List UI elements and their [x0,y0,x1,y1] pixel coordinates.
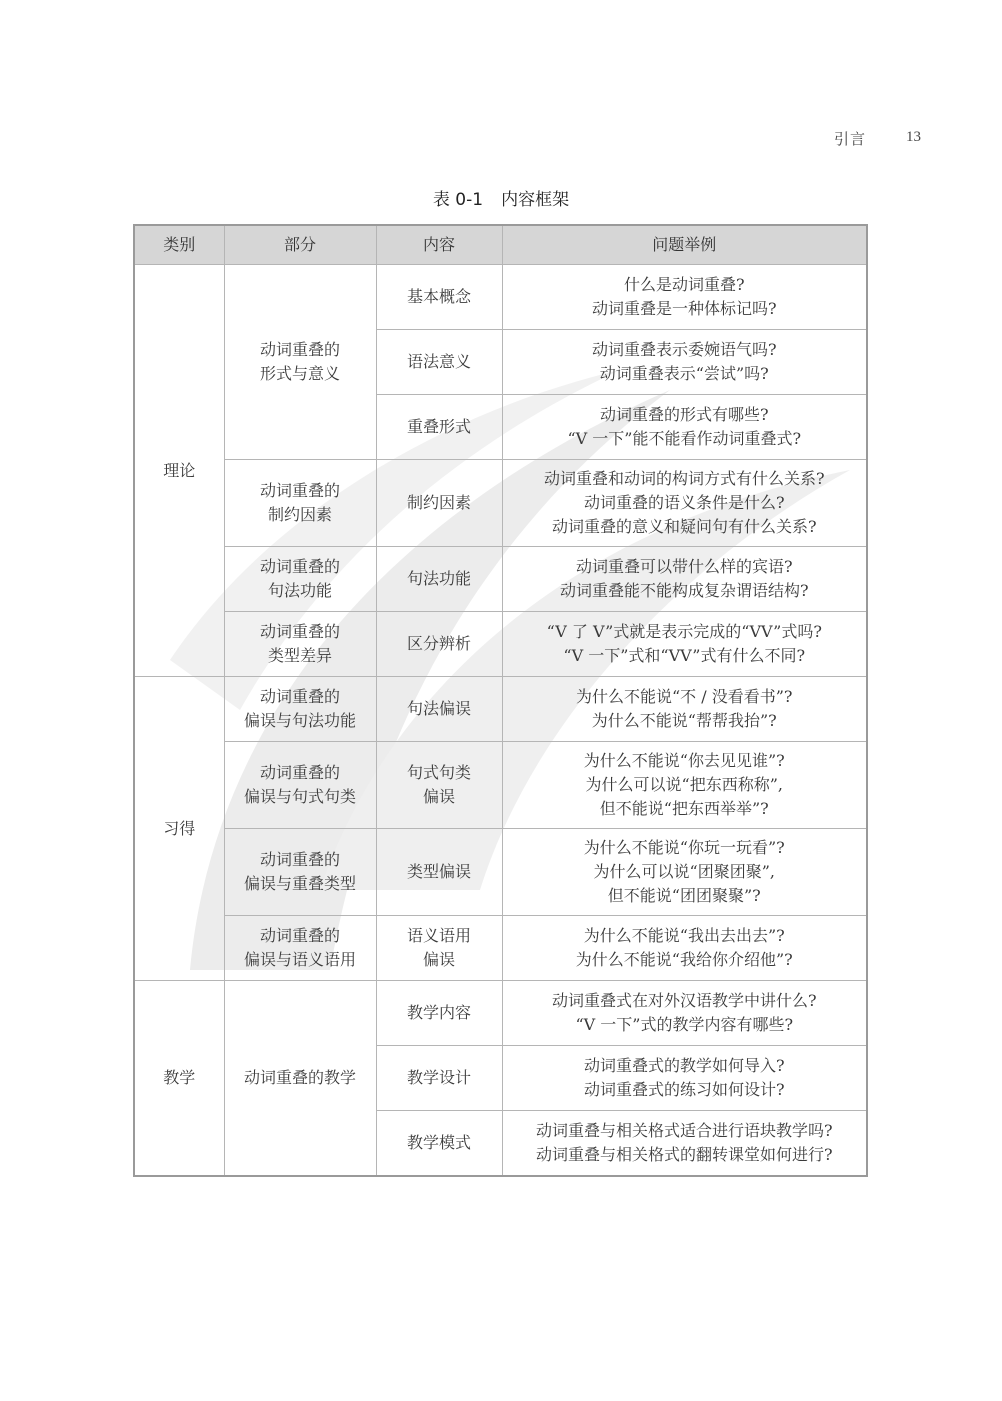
question-examples-cell: 动词重叠表示委婉语气吗?动词重叠表示“尝试”吗? [502,330,867,395]
category-cell: 理论 [134,265,224,677]
header-question-examples: 问题举例 [502,225,867,265]
part-cell: 动词重叠的类型差异 [224,612,376,677]
table-row: 习得动词重叠的偏误与句法功能句法偏误为什么不能说“不 / 没看看书”?为什么不能… [134,677,867,742]
table-number: 表 0-1 [433,190,483,210]
content-cell: 语义语用偏误 [376,916,502,981]
question-examples-cell: 为什么不能说“你玩一玩看”?为什么可以说“团聚团聚”,但不能说“团团聚聚”? [502,829,867,916]
question-examples-cell: 动词重叠与相关格式适合进行语块教学吗?动词重叠与相关格式的翻转课堂如何进行? [502,1111,867,1176]
table-row: 动词重叠的类型差异区分辨析“V 了 V”式就是表示完成的“VV”式吗?“V 一下… [134,612,867,677]
table-row: 动词重叠的偏误与重叠类型类型偏误为什么不能说“你玩一玩看”?为什么可以说“团聚团… [134,829,867,916]
question-examples-cell: 动词重叠式在对外汉语教学中讲什么?“V 一下”式的教学内容有哪些? [502,981,867,1046]
content-cell: 句法偏误 [376,677,502,742]
content-cell: 句式句类偏误 [376,742,502,829]
table-row: 动词重叠的偏误与语义语用语义语用偏误为什么不能说“我出去出去”?为什么不能说“我… [134,916,867,981]
question-examples-cell: 为什么不能说“你去见见谁”?为什么可以说“把东西称称”,但不能说“把东西举举”? [502,742,867,829]
header-category: 类别 [134,225,224,265]
question-examples-cell: 动词重叠可以带什么样的宾语?动词重叠能不能构成复杂谓语结构? [502,547,867,612]
running-head-title: 引言 [834,130,866,148]
question-examples-cell: “V 了 V”式就是表示完成的“VV”式吗?“V 一下”式和“VV”式有什么不同… [502,612,867,677]
question-examples-cell: 为什么不能说“我出去出去”?为什么不能说“我给你介绍他”? [502,916,867,981]
table-row: 动词重叠的句法功能句法功能动词重叠可以带什么样的宾语?动词重叠能不能构成复杂谓语… [134,547,867,612]
content-cell: 制约因素 [376,460,502,547]
part-cell: 动词重叠的教学 [224,981,376,1176]
page-number: 13 [906,129,921,146]
question-examples-cell: 动词重叠和动词的构词方式有什么关系?动词重叠的语义条件是什么?动词重叠的意义和疑… [502,460,867,547]
content-cell: 类型偏误 [376,829,502,916]
table-row: 理论动词重叠的形式与意义基本概念什么是动词重叠?动词重叠是一种体标记吗? [134,265,867,330]
part-cell: 动词重叠的偏误与语义语用 [224,916,376,981]
part-cell: 动词重叠的形式与意义 [224,265,376,460]
table-title: 内容框架 [501,190,569,210]
table-row: 动词重叠的制约因素制约因素动词重叠和动词的构词方式有什么关系?动词重叠的语义条件… [134,460,867,547]
header-part: 部分 [224,225,376,265]
content-cell: 教学模式 [376,1111,502,1176]
question-examples-cell: 什么是动词重叠?动词重叠是一种体标记吗? [502,265,867,330]
content-cell: 句法功能 [376,547,502,612]
content-cell: 教学内容 [376,981,502,1046]
table-header-row: 类别 部分 内容 问题举例 [134,225,867,265]
content-cell: 重叠形式 [376,395,502,460]
running-head: 引言 13 [834,128,866,149]
part-cell: 动词重叠的偏误与句式句类 [224,742,376,829]
category-cell: 习得 [134,677,224,981]
question-examples-cell: 动词重叠的形式有哪些?“V 一下”能不能看作动词重叠式? [502,395,867,460]
part-cell: 动词重叠的制约因素 [224,460,376,547]
content-cell: 区分辨析 [376,612,502,677]
question-examples-cell: 为什么不能说“不 / 没看看书”?为什么不能说“帮帮我抬”? [502,677,867,742]
content-cell: 教学设计 [376,1046,502,1111]
content-cell: 基本概念 [376,265,502,330]
part-cell: 动词重叠的偏误与句法功能 [224,677,376,742]
part-cell: 动词重叠的偏误与重叠类型 [224,829,376,916]
category-cell: 教学 [134,981,224,1176]
table-row: 动词重叠的偏误与句式句类句式句类偏误为什么不能说“你去见见谁”?为什么可以说“把… [134,742,867,829]
header-content: 内容 [376,225,502,265]
table-row: 教学动词重叠的教学教学内容动词重叠式在对外汉语教学中讲什么?“V 一下”式的教学… [134,981,867,1046]
table-caption: 表 0-1内容框架 [0,185,1002,210]
part-cell: 动词重叠的句法功能 [224,547,376,612]
content-cell: 语法意义 [376,330,502,395]
question-examples-cell: 动词重叠式的教学如何导入?动词重叠式的练习如何设计? [502,1046,867,1111]
content-framework-table: 类别 部分 内容 问题举例 理论动词重叠的形式与意义基本概念什么是动词重叠?动词… [133,224,868,1177]
